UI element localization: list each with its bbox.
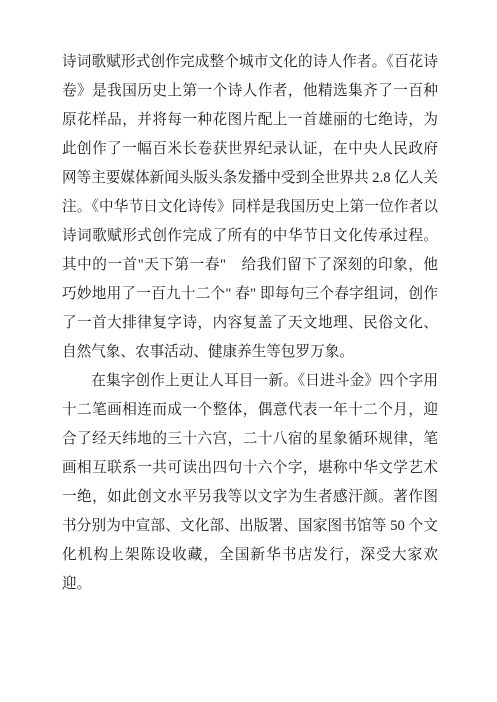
document-page: 诗词歌赋形式创作完成整个城市文化的诗人作者。《百花诗卷》是我国历史上第一个诗人作… [0, 0, 497, 702]
paragraph-1: 诗词歌赋形式创作完成整个城市文化的诗人作者。《百花诗卷》是我国历史上第一个诗人作… [62, 48, 438, 367]
document-body: 诗词歌赋形式创作完成整个城市文化的诗人作者。《百花诗卷》是我国历史上第一个诗人作… [62, 48, 438, 599]
paragraph-2: 在集字创作上更让人耳目一新。《日进斗金》四个字用十二笔画相连而成一个整体，偶意代… [62, 367, 438, 599]
